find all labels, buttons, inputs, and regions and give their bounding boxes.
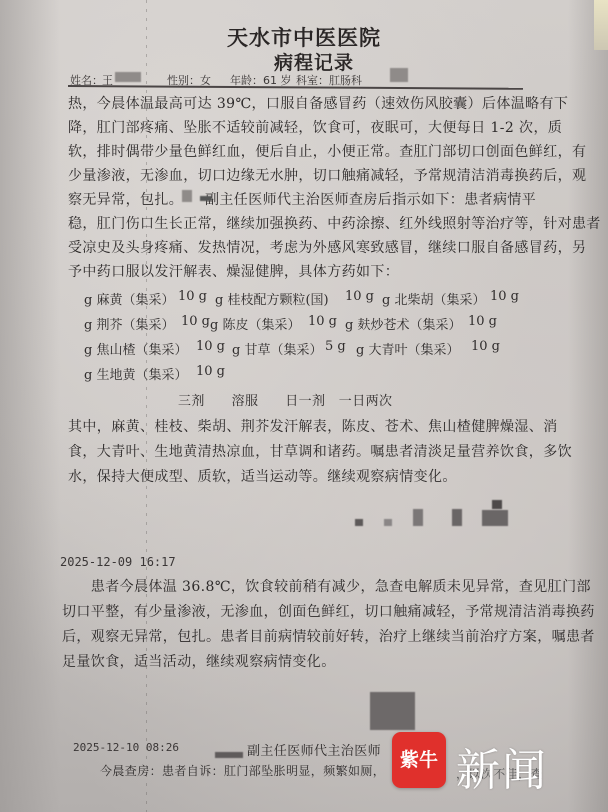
entry1-line: 受凉史及头身疼痛、发热情况，考虑为外感风寒致感冒，继续口服自备感冒药，另	[68, 237, 586, 257]
redacted-doctor-name	[200, 196, 212, 201]
explanation-line: 其中，麻黄、桂枝、柴胡、荆芥发汗解表，陈皮、苍术、焦山楂健脾燥湿、消	[68, 416, 558, 436]
entry2-line: 切口平整，有少量渗液，无渗血，创面色鲜红，切口触痛减轻，予常规清洁消毒换药	[62, 601, 595, 621]
rx-dose: 10 g	[345, 289, 374, 304]
rx-dose: 10 g	[196, 339, 225, 354]
rx-herb: g 生地黄（集采）	[84, 364, 187, 383]
redacted-signature	[355, 519, 363, 526]
rx-herb: g 荆芥（集采）	[84, 314, 174, 333]
redacted-signature	[384, 519, 392, 526]
ziniu-logo-icon: 紫牛	[392, 732, 446, 788]
watermark-brand-text: 新闻	[456, 734, 548, 798]
entry2-line: 后，观察无异常，包扎。患者目前病情较前好转，治疗上继续当前治疗方案，嘱患者	[62, 626, 595, 646]
redacted-signature	[482, 510, 508, 526]
rx-herb: g 麸炒苍术（集采）	[345, 314, 461, 333]
entry2-timestamp: 2025-12-09 16:17	[60, 555, 176, 569]
rx-dose: 10 g	[471, 339, 500, 354]
redacted-name	[115, 72, 141, 82]
entry1-line: 少量渗液，无渗血，切口边缘无水肿，切口触痛减轻，予常规清洁消毒换药后，观	[68, 165, 586, 185]
shadow-left	[0, 0, 60, 812]
rx-dose: 5 g	[325, 339, 346, 354]
rx-dose: 10 g	[196, 364, 225, 379]
news-watermark: 紫牛 新闻	[392, 732, 608, 812]
entry1-line: 稳，肛门伤口生长正常，继续加强换药、中药涂擦、红外线照射等治疗等，针对患者	[68, 213, 601, 233]
entry1-line: 予中药口服以发汗解表、燥湿健脾，具体方药如下：	[68, 261, 399, 281]
redacted-doctor-name	[215, 752, 243, 758]
redacted-doctor-name	[182, 190, 192, 202]
entry3-doctor-line: 副主任医师代主治医师	[247, 740, 381, 759]
rx-herb: g 北柴胡（集采）	[382, 289, 485, 308]
redacted-signature	[370, 692, 415, 730]
entry3-line: 今晨查房：患者自诉：肛门部坠胀明显，频繁如厕，	[100, 762, 385, 779]
explanation-line: 水，保持大便成型、质软，适当运动等。继续观察病情变化。	[68, 466, 457, 486]
rx-dose: 10 g	[468, 314, 497, 329]
entry2-line: 足量饮食，适当活动，继续观察病情变化。	[62, 651, 336, 671]
rx-dose: 10 g	[490, 289, 519, 304]
rx-dose: 10 g	[181, 314, 210, 329]
rx-herb: g 大青叶（集采）	[356, 339, 459, 358]
header-divider	[68, 85, 523, 90]
redacted-signature	[492, 500, 502, 509]
rx-dose: 10 g	[308, 314, 337, 329]
dosage-instructions: 三剂 溶服 日一剂 一日两次	[178, 390, 392, 409]
rx-herb: g 麻黄（集采）	[84, 289, 174, 308]
entry2-line: 患者今晨体温 36.8℃，饮食较前稍有减少，急查电解质未见异常，查见肛门部	[62, 576, 591, 596]
rx-herb: g 陈皮（集采）	[210, 314, 300, 333]
document-photo: 天水市中医医院 病程记录 姓名： 王 性别：女 年龄：61 岁 科室：肛肠科 热…	[0, 0, 608, 812]
entry3-timestamp: 2025-12-10 08:26	[73, 741, 179, 754]
rx-herb: g 甘草（集采）	[232, 339, 322, 358]
entry1-line: 察无异常，包扎。 副主任医师代主治医师查房后指示如下：患者病情平	[68, 189, 536, 209]
redacted-field	[390, 68, 408, 82]
shadow-right	[568, 0, 608, 812]
redacted-signature	[413, 509, 423, 526]
rx-dose: 10 g	[178, 289, 207, 304]
entry1-line: 降，肛门部疼痛、坠胀不适较前减轻，饮食可，夜眠可，大便每日 1-2 次，质	[68, 117, 562, 137]
explanation-line: 食，大青叶、生地黄清热凉血，甘草调和诸药。嘱患者清淡足量营养饮食，多饮	[68, 441, 572, 461]
entry1-line: 热，今晨体温最高可达 39℃，口服自备感冒药（速效伤风胶囊）后体温略有下	[68, 93, 568, 113]
rx-herb: g 焦山楂（集采）	[84, 339, 187, 358]
record-title: 病程记录	[10, 48, 608, 75]
redacted-signature	[452, 509, 462, 526]
entry1-line: 软，排时偶带少量色鲜红血，便后自止，小便正常。查肛门部切口创面色鲜红，有	[68, 141, 586, 161]
rx-herb: g 桂枝配方颗粒(国)	[215, 289, 329, 308]
